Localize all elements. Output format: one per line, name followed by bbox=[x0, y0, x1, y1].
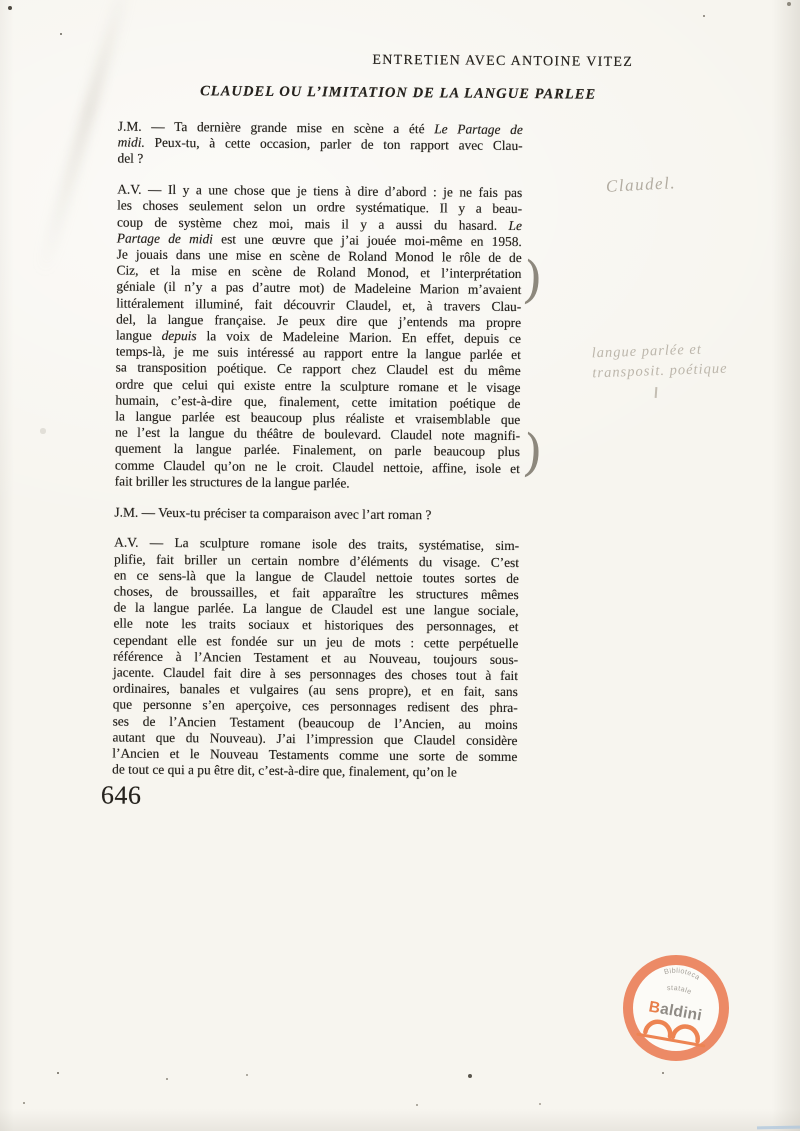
text-segment: la voix de Madeleine Marion. En effet, d… bbox=[197, 328, 521, 346]
pencil-note-langue: langue parlée et transposit. poétique bbox=[591, 339, 728, 384]
text-segment: coup de système chez moi, mais il y a au… bbox=[117, 214, 509, 232]
paragraph: A.V. — Il y a une chose que je tiens à d… bbox=[115, 182, 523, 493]
paragraph: A.V. — La sculpture romane isole des tra… bbox=[112, 535, 519, 782]
italic-text: Le Partage de bbox=[434, 121, 523, 137]
text-line: J.M. — Veux-tu préciser ta comparaison a… bbox=[114, 504, 519, 524]
text-segment: est une œuvre que j’ai jouée moi-même en… bbox=[213, 231, 522, 249]
pencil-note-claudel: Claudel. bbox=[606, 173, 677, 197]
paragraph: J.M. — Ta dernière grande mise en scène … bbox=[117, 119, 522, 171]
running-header: ENTRETIEN AVEC ANTOINE VITEZ bbox=[372, 53, 633, 71]
pencil-bracket-top: ) bbox=[521, 254, 544, 305]
italic-text: Partage de midi bbox=[117, 230, 213, 246]
text-line: de tout ce qui a pu être dit, c’est-à-di… bbox=[112, 762, 517, 782]
text-segment: J.M. — Ta dernière grande mise en scène … bbox=[118, 119, 435, 137]
text-segment: langue bbox=[116, 328, 162, 343]
pencil-bracket-bottom: ) bbox=[521, 427, 544, 478]
italic-text: midi. bbox=[118, 135, 145, 150]
text-segment: de tout ce qui a pu être dit, c’est-à-di… bbox=[112, 762, 457, 780]
body-text: J.M. — Ta dernière grande mise en scène … bbox=[112, 119, 523, 797]
text-segment: fait briller les structures de la langue… bbox=[115, 473, 350, 490]
italic-text: depuis bbox=[162, 328, 197, 343]
page-number: 646 bbox=[101, 780, 142, 810]
text-segment: J.M. — Veux-tu préciser ta comparaison a… bbox=[114, 504, 431, 522]
scanned-page: ENTRETIEN AVEC ANTOINE VITEZ CLAUDEL OU … bbox=[0, 0, 800, 1131]
text-segment: Peux-tu, à cette occasion, parler de ton… bbox=[145, 135, 523, 153]
italic-text: Le bbox=[508, 218, 522, 233]
scan-speck-layer bbox=[0, 0, 2, 2]
page-title: CLAUDEL OU L’IMITATION DE LA LANGUE PARL… bbox=[200, 83, 596, 103]
text-line: del ? bbox=[117, 151, 522, 171]
library-stamp: Biblioteca statale Baldini bbox=[621, 952, 731, 1064]
paragraph: J.M. — Veux-tu préciser ta comparaison a… bbox=[114, 504, 519, 524]
text-segment: del ? bbox=[117, 151, 143, 166]
